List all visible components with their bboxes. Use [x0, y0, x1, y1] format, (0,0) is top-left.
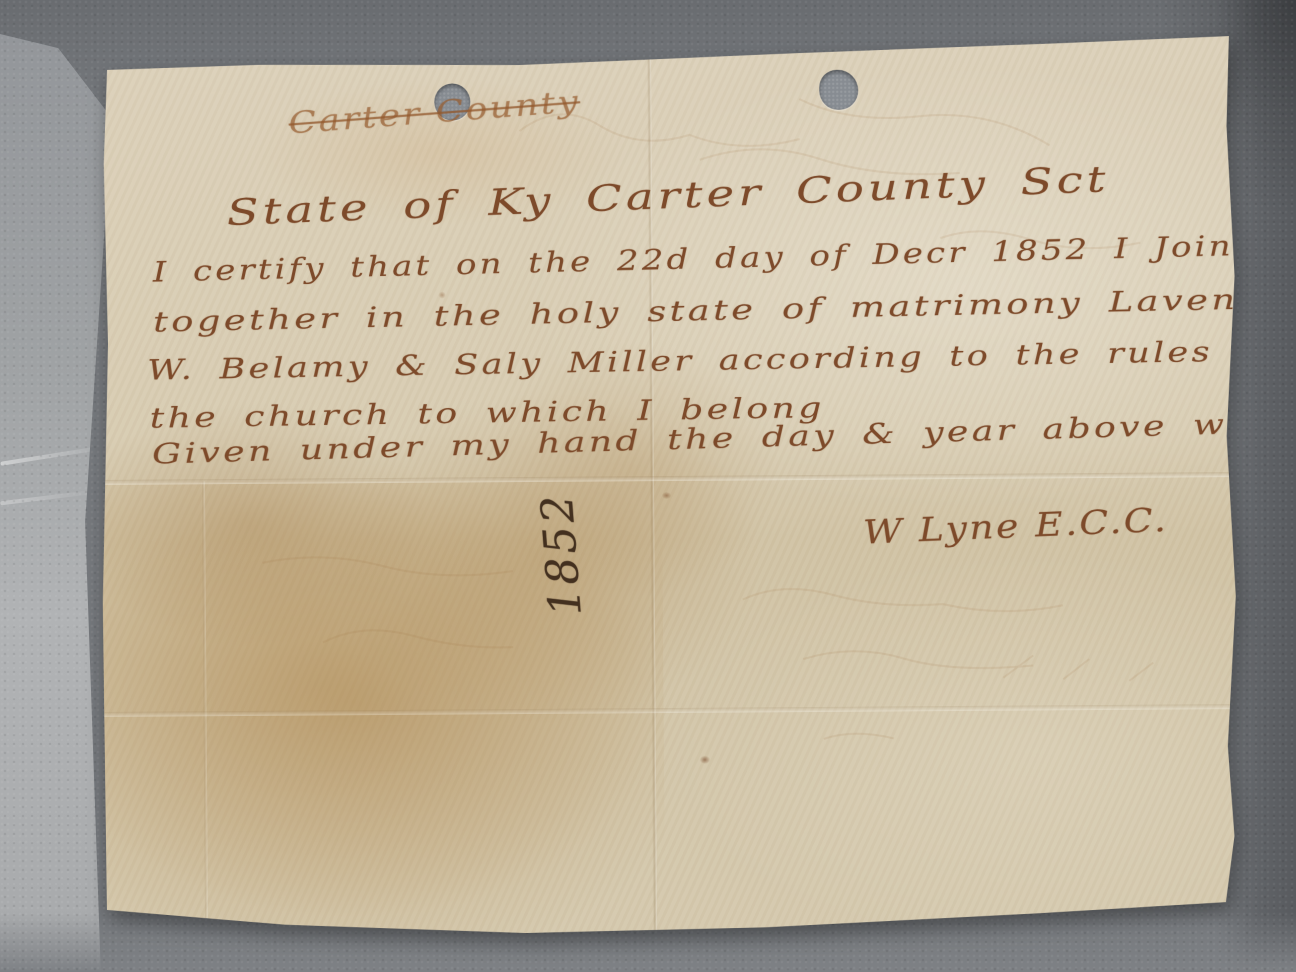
document-paper: Carter County State of Ky Carter County …: [99, 36, 1241, 936]
year-notation-rotated: 1852: [532, 492, 591, 615]
photo-of-document: { "doc": { "crossed_out_title": "Carter …: [0, 0, 1296, 972]
paper-sheet: Carter County State of Ky Carter County …: [99, 36, 1241, 936]
punch-hole-right: [819, 70, 858, 110]
